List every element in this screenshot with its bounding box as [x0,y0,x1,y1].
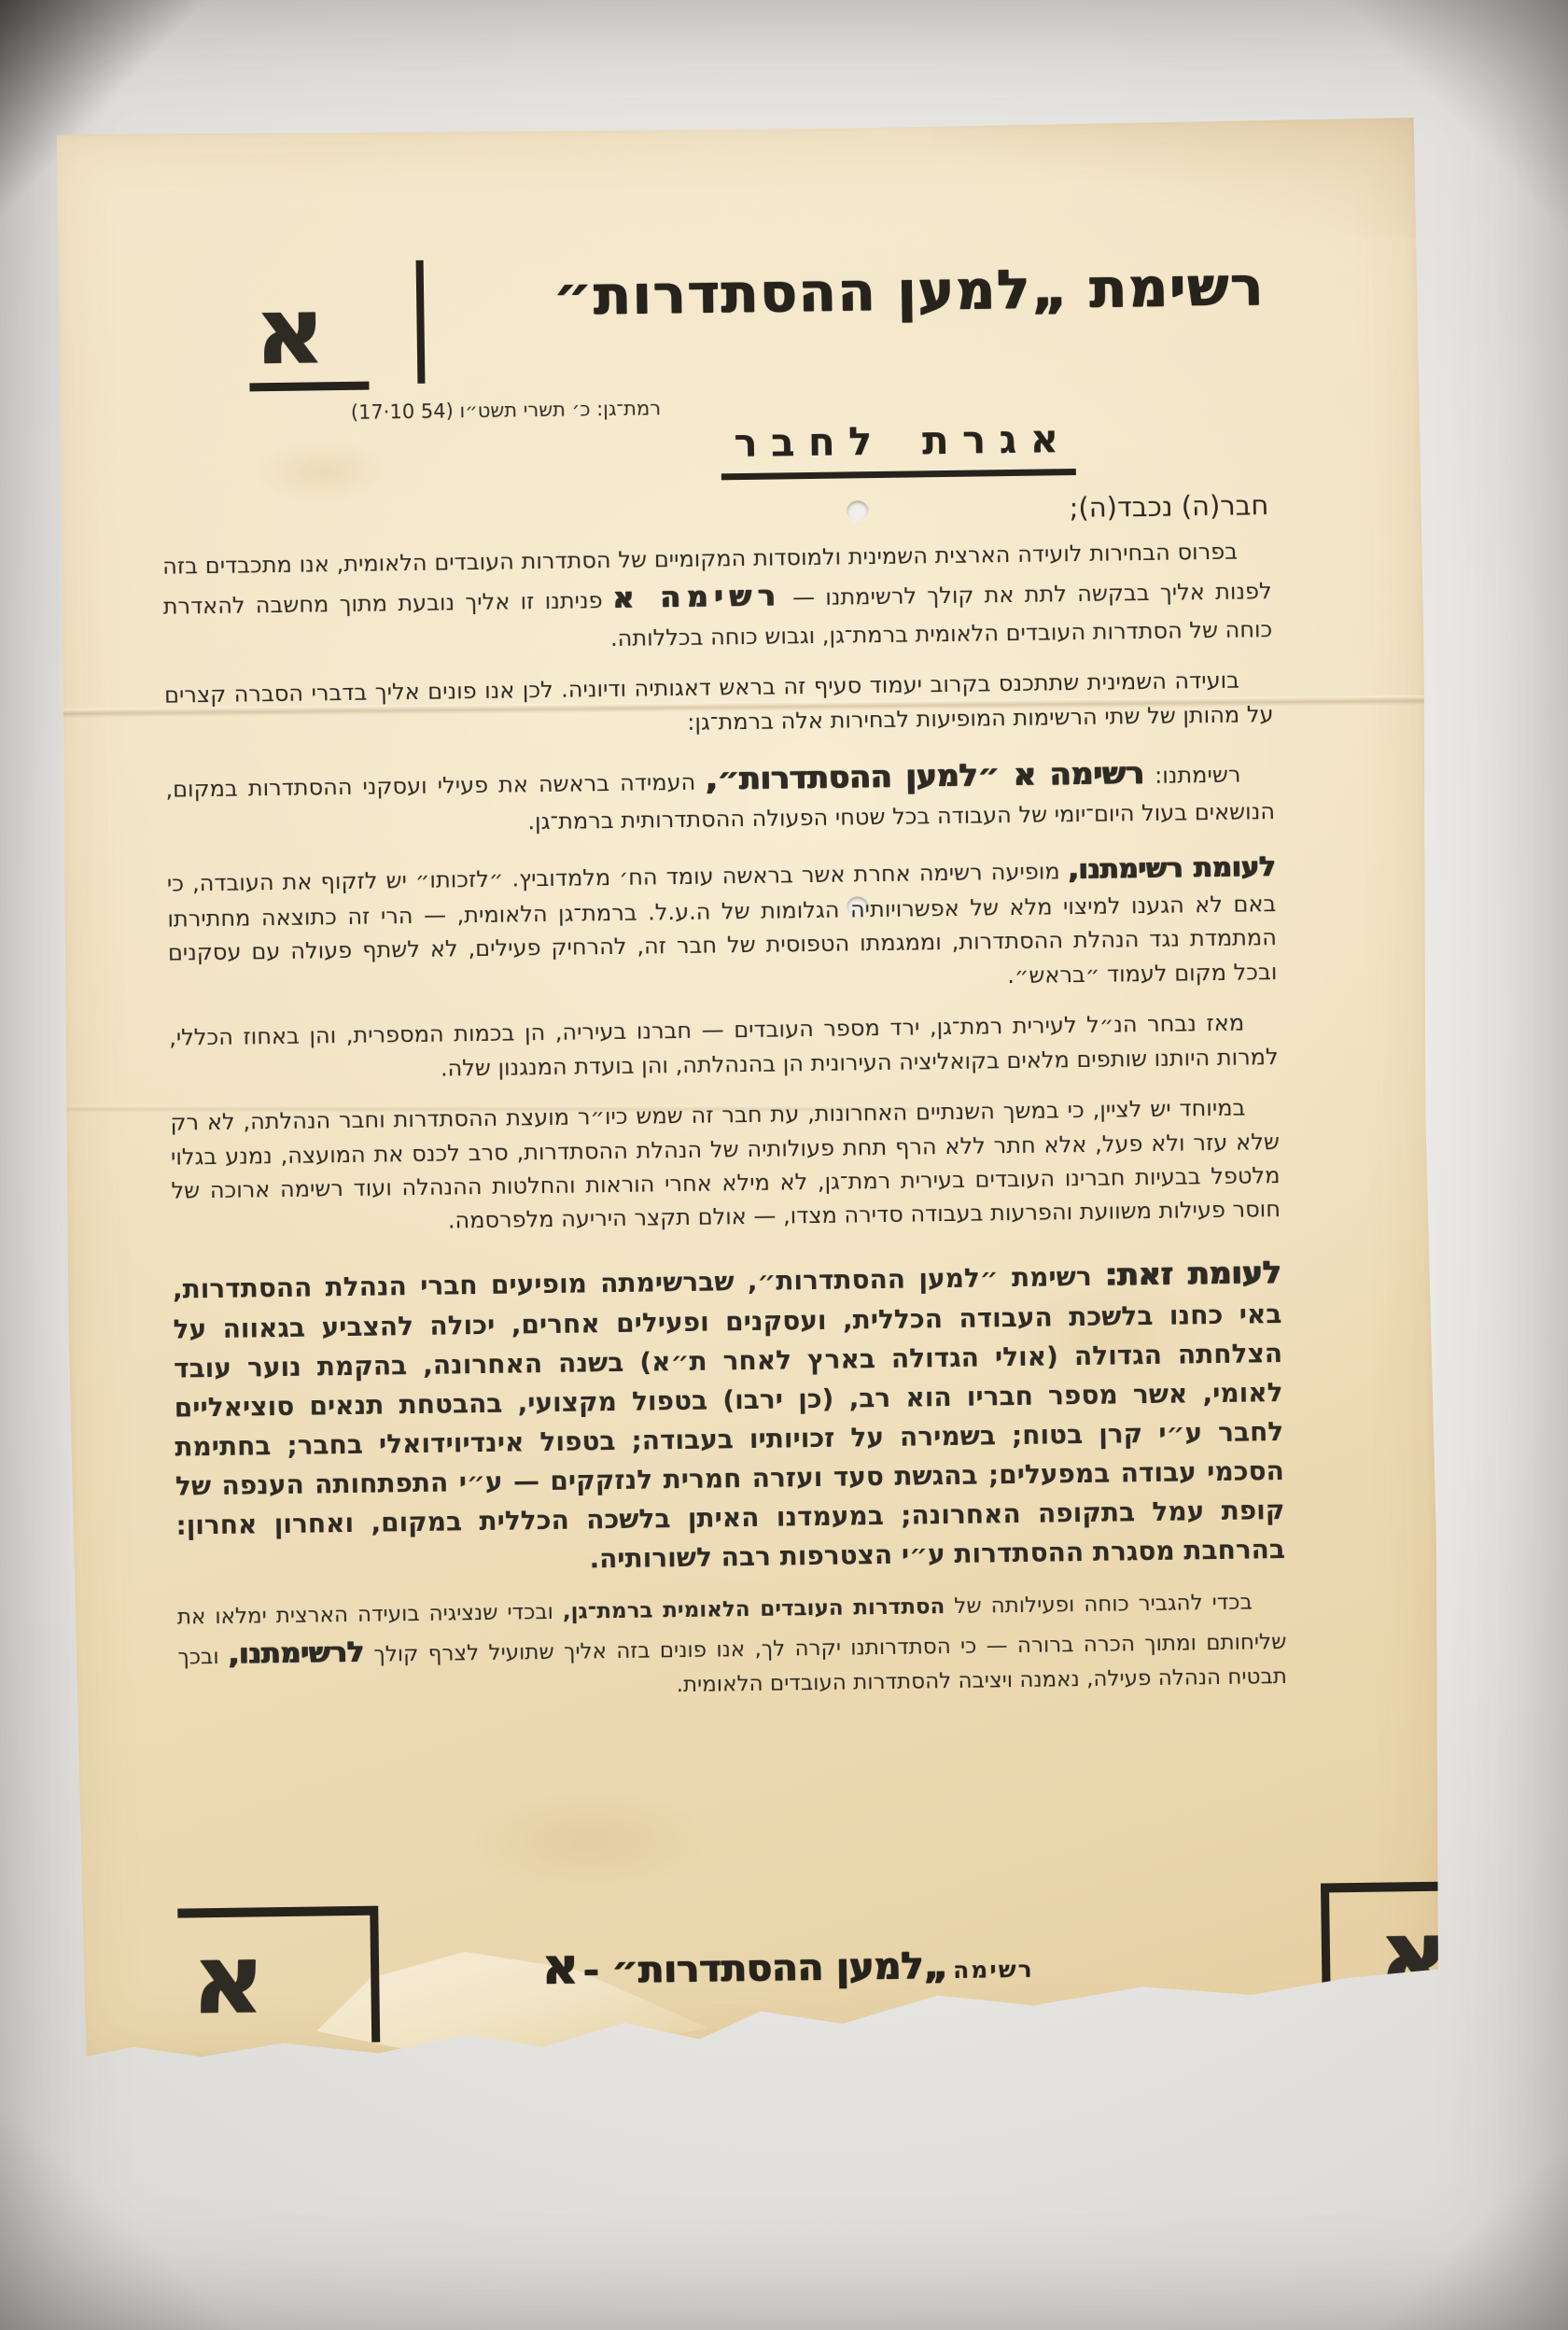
dateline-numeric-date: (17·10 54) [351,400,454,424]
ballot-mark-divider [416,260,426,384]
photo-stage: א רשימת „למען ההסתדרות״ רמת־גן: כ׳ תשרי … [0,0,1568,2330]
our-list-lead: רשימתנו: [1144,762,1241,789]
opposing-list-lead: לעומת רשימתנו, [1068,850,1276,885]
ballot-letter-glyph: א [1377,1908,1443,2005]
paragraph-5: מאז נבחר הנ״ל לעירית רמת־גן, ירד מספר הע… [169,1005,1279,1089]
vote-call-emphasis: לרשימתנו, [229,1636,365,1671]
in-contrast-lead: לעומת זאת: [1105,1254,1281,1293]
corner-fold-shading [931,116,1419,244]
paragraph-3: רשימתנו: רשימה א ״למען ההסתדרות״, העמידה… [165,748,1275,844]
paragraph-8-text: בכדי להגביר כוחה ופעילותה של [945,1591,1253,1620]
paragraph-7-text: רשימת ״למען ההסתדרות״, שברשימתה מופיעים … [173,1261,1285,1575]
letter-heading: אגרת לחבר [721,415,1076,480]
ballot-letter-glyph: א [254,285,326,378]
ballot-letter-glyph: א [190,1932,266,2029]
paper-stain [252,438,393,505]
ballot-mark-bottom-right: א [1321,1882,1443,2024]
salutation: חבר(ה) נכבד(ה); [1069,489,1268,524]
dateline: רמת־גן: כ׳ תשרי תשט״ו (17·10 54) [351,397,661,424]
ballot-mark-bottom-left: א [177,1906,380,2045]
ballot-mark-underline [249,382,369,392]
paragraph-4: לעומת רשימתנו, מופיעה רשימה אחרת אשר ברא… [167,846,1278,1004]
footer-slogan-letter: א [541,1937,579,1997]
list-a-emphasis: רשימה א [613,580,783,616]
ballot-mark-top: א [254,262,385,391]
paragraph-6-text: במיוחד יש לציין, כי במשך השנתיים האחרונו… [170,1095,1281,1234]
paragraph-6: במיוחד יש לציין, כי במשך השנתיים האחרונו… [170,1090,1281,1242]
paragraph-1: בפרוס הבחירות לועידה הארצית השמינית ולמו… [162,534,1273,662]
paragraph-7: לעומת זאת: רשימת ״למען ההסתדרות״, שברשימ… [173,1249,1286,1585]
document-title: רשימת „למען ההסתדרות״ [493,253,1326,328]
letter-body: בפרוס הבחירות לועידה הארצית השמינית ולמו… [162,534,1287,1725]
dateline-place-date: רמת־גן: כ׳ תשרי תשט״ו [459,397,661,422]
paragraph-2-text: בועידה השמינית שתתכנס בקרוב יעמוד סעיף ז… [164,667,1274,736]
document-paper: א רשימת „למען ההסתדרות״ רמת־גן: כ׳ תשרי … [52,116,1444,2059]
paragraph-5-text: מאז נבחר הנ״ל לעירית רמת־גן, ירד מספר הע… [169,1010,1279,1081]
paper-stain [467,1788,711,1894]
list-name-emphasis: רשימה א ״למען ההסתדרות״, [706,754,1144,797]
paragraph-8: בכדי להגביר כוחה ופעילותה של הסתדרות העו… [177,1586,1287,1708]
footer-slogan: רשימה „למען ההסתדרות״ - א [497,1930,1079,1997]
paragraph-2: בועידה השמינית שתתכנס בקרוב יעמוד סעיף ז… [164,663,1274,747]
histadrut-name-emphasis: הסתדרות העובדים הלאומית ברמת־גן, [563,1595,945,1625]
footer-slogan-main: „למען ההסתדרות״ - [583,1944,948,1992]
punch-hole [847,500,868,521]
footer-slogan-prefix: רשימה [953,1956,1034,1984]
